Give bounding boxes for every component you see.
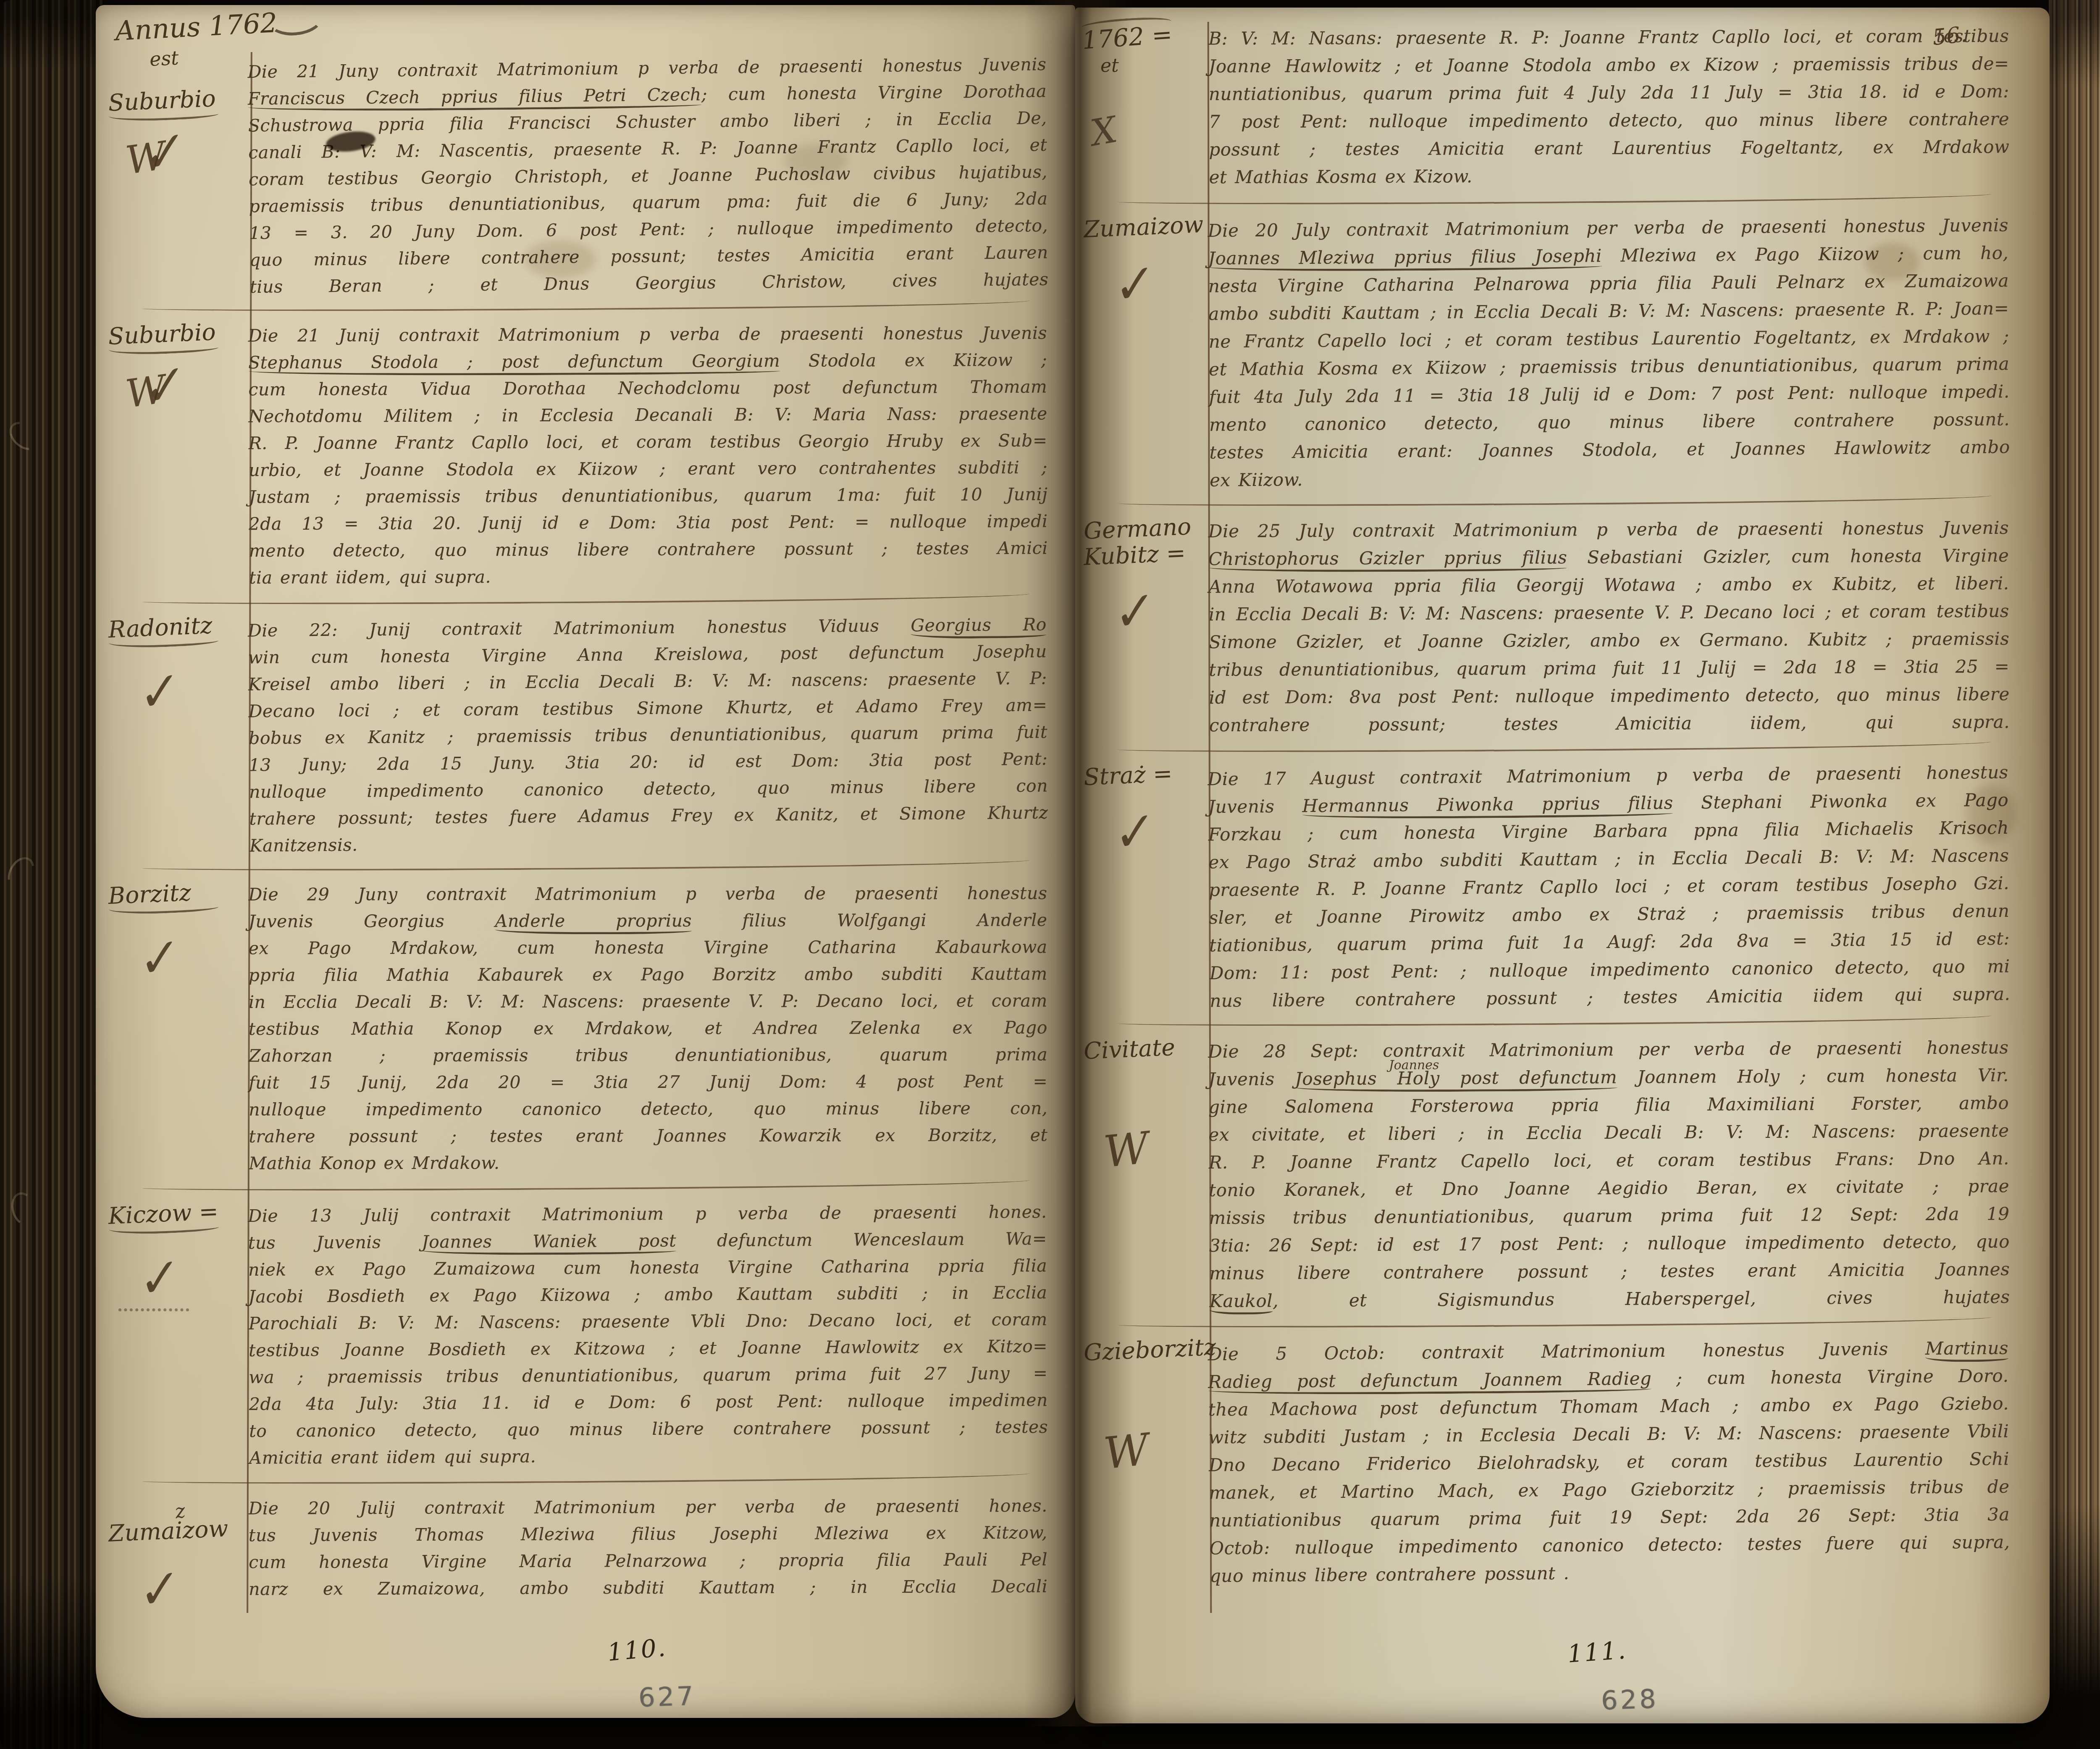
entry-line: Zahorzan ; praemissis tribus denuntiatio… bbox=[249, 1041, 1047, 1069]
text-run: Mleziwa ex Pago Kiizow ; cum ho, bbox=[1602, 242, 2009, 266]
text-run: tribus denuntiationibus, quarum prima fu… bbox=[1209, 656, 2009, 680]
check-mark-icon: ✓ bbox=[139, 1548, 248, 1618]
entry-separator bbox=[1117, 742, 1992, 754]
text-run: niek ex Pago Zumaizowa cum honesta Virgi… bbox=[248, 1255, 1047, 1280]
text-run: praesente R. P. Joanne Frantz Capllo loc… bbox=[1209, 873, 2009, 901]
entry-line: cum honesta Vidua Dorothaa Nechodclomu p… bbox=[248, 373, 1047, 403]
entry-line: Anna Wotawowa ppria filia Georgij Wotawa… bbox=[1208, 570, 2009, 601]
underlined-name: Kaukol bbox=[1209, 1290, 1273, 1315]
left-page-entries: SuburbioW✓Die 21 Juny contraxit Matrimon… bbox=[103, 55, 1047, 1615]
register-entry: GermanoKubitz =✓Die 25 July contraxit Ma… bbox=[1079, 516, 2009, 738]
right-page: 1762 = et 56. XB: V: M: Nasans: praesent… bbox=[1075, 8, 2050, 1723]
entry-line: B: V: M: Nasans: praesente R. P: Joanne … bbox=[1208, 22, 2009, 53]
text-run: ppria filia Mathia Kabaurek ex Pago Borz… bbox=[249, 964, 1047, 985]
text-run: 7 post Pent: nulloque impedimento detect… bbox=[1209, 109, 2009, 132]
register-entry: SuburbioW✓Die 21 Junij contraxit Matrimo… bbox=[103, 321, 1047, 590]
text-run: Justam ; praemissis tribus denuntiationi… bbox=[249, 484, 1047, 507]
text-run: ; cum honesta Virgine Doro. bbox=[1651, 1366, 2008, 1389]
text-run: Octob: nulloque impedimento canonico det… bbox=[1209, 1532, 2010, 1559]
text-run: Dno Decano Friderico Bielohradsky, et co… bbox=[1209, 1449, 2009, 1476]
entry-separator bbox=[142, 301, 1030, 313]
underlined-name: Franciscus Czech pprius filius Petri Cze… bbox=[248, 84, 701, 112]
entry-text: Die 21 Juny contraxit Matrimonium p verb… bbox=[247, 51, 1048, 300]
text-run: Dom: 11: post Pent: ; nulloque impedimen… bbox=[1210, 956, 2010, 984]
text-run: wa ; praemissis tribus denuntiationibus,… bbox=[249, 1363, 1047, 1387]
entry-line: Joanne Hawlowitz ; et Joanne Stodola amb… bbox=[1209, 50, 2009, 81]
register-entry: Straż =✓Die 17 August contraxit Matrimon… bbox=[1079, 762, 2009, 1011]
text-run: tia erant iidem, qui supra. bbox=[249, 567, 491, 588]
left-page: Annus 1762 est SuburbioW✓Die 21 Juny con… bbox=[96, 5, 1075, 1718]
margin-place-label: Kubitz = bbox=[1078, 539, 1209, 570]
text-run: Die 21 Juny contraxit Matrimonium p verb… bbox=[247, 54, 1046, 82]
entry-line: missis tribus denuntiationibus, quarum p… bbox=[1209, 1200, 2009, 1232]
margin-place-label: Zumaizow bbox=[103, 1515, 249, 1547]
entry-text: Die 22: Junij contraxit Matrimonium hone… bbox=[248, 611, 1048, 859]
underlined-name: Radieg post defunctum Joannem Radieg bbox=[1208, 1368, 1651, 1395]
entry-separator bbox=[1117, 1016, 1992, 1028]
entry-margin-cell: SuburbioW✓ bbox=[103, 321, 249, 590]
check-mark-icon: ✓ bbox=[139, 917, 248, 986]
text-run: Nechotdomu Militem ; in Ecclesia Decanal… bbox=[249, 404, 1047, 427]
entry-line: testibus Joanne Bosdieth ex Kitzowa ; et… bbox=[249, 1333, 1047, 1364]
text-run: tus Juvenis bbox=[248, 1232, 422, 1253]
text-run: mento detecto, quo minus libere contrahe… bbox=[249, 538, 1048, 561]
entry-line: 2da 4ta July: 3tia 11. id e Dom: 6 post … bbox=[249, 1387, 1048, 1418]
text-run: witz subditi Justam ; in Ecclesia Decali… bbox=[1208, 1421, 2009, 1448]
underlined-name: Hermannus Piwonka pprius filius bbox=[1302, 793, 1673, 820]
entry-text: Die 25 July contraxit Matrimonium p verb… bbox=[1208, 514, 2010, 739]
margin-place-label: Zumaizow bbox=[1078, 211, 1209, 243]
register-entry: Borzitz✓Die 29 Juny contraxit Matrimoniu… bbox=[103, 880, 1047, 1176]
text-run: Mathia Konop ex Mrdakow. bbox=[249, 1153, 500, 1174]
text-run: nulloque impedimento canonico detecto, q… bbox=[249, 1098, 1047, 1119]
text-run: Die 13 Julij contraxit Matrimonium p ver… bbox=[248, 1202, 1047, 1226]
text-run: id est Dom: 8va post Pent: nulloque impe… bbox=[1209, 684, 2010, 708]
text-run: defunctum Wenceslaum Wa= bbox=[676, 1229, 1047, 1251]
entry-margin-cell: Borzitz✓ bbox=[103, 880, 249, 1176]
entry-separator bbox=[142, 1473, 1030, 1486]
margin-place-label: Suburbio bbox=[102, 318, 249, 356]
entry-separator bbox=[1117, 496, 1992, 508]
entry-line: testibus Mathia Konop ex Mrdakow, et And… bbox=[249, 1014, 1047, 1042]
entry-line: ex Kiizow. bbox=[1210, 461, 2010, 494]
entry-line: nuntiationibus, quarum prima fuit 4 July… bbox=[1209, 78, 2009, 108]
text-run: fuit 4ta July 2da 11 = 3tia 18 Julij id … bbox=[1209, 381, 2010, 407]
entry-line: narz ex Zumaizowa, ambo subditi Kauttam … bbox=[249, 1573, 1047, 1603]
entry-text: Die 21 Junij contraxit Matrimonium p ver… bbox=[248, 320, 1048, 591]
paper-stain bbox=[785, 144, 848, 177]
margin-place-label: Civitate bbox=[1078, 1033, 1209, 1064]
entry-margin-cell: Kiczow =✓ bbox=[103, 1200, 249, 1469]
text-run: nuntiationibus, quarum prima fuit 4 July… bbox=[1209, 81, 2009, 105]
text-run: Decano loci ; et coram testibus Simone K… bbox=[248, 695, 1047, 722]
w-mark-icon: W bbox=[1102, 1421, 1211, 1476]
entry-line: tonio Koranek, et Dno Joanne Aegidio Ber… bbox=[1209, 1172, 2009, 1204]
page-number-pencil: 628 bbox=[1601, 1683, 1659, 1716]
entry-margin-cell: X bbox=[1079, 24, 1209, 190]
entry-text: Die 28 Sept: contraxit Matrimonium per v… bbox=[1208, 1034, 2010, 1315]
entry-margin-cell: Radonitz✓ bbox=[103, 614, 249, 856]
entry-line: ppria filia Mathia Kabaurek ex Pago Borz… bbox=[249, 960, 1047, 988]
text-run: minus libere contrahere possunt ; testes… bbox=[1209, 1259, 2010, 1284]
entry-line: tus Juvenis Thomas Mleziwa filius Joseph… bbox=[249, 1519, 1047, 1549]
text-run: Kreisel ambo liberi ; in Ecclia Decali B… bbox=[248, 668, 1047, 695]
entry-line: Die 20 Julij contraxit Matrimonium per v… bbox=[249, 1492, 1047, 1522]
margin-flourish: X bbox=[1087, 92, 1211, 154]
text-run: Parochiali B: V: M: Nascens: praesente V… bbox=[249, 1309, 1047, 1334]
text-run: mento canonico detecto, quo minus libere… bbox=[1209, 409, 2010, 435]
text-run: cum honesta Virgine Maria Pelnarzowa ; p… bbox=[249, 1549, 1047, 1573]
text-run: Die 28 Sept: contraxit Matrimonium per v… bbox=[1208, 1037, 2008, 1062]
text-run: filius Wolfgangi Anderle bbox=[692, 910, 1047, 930]
underlined-name: Christophorus Gzizler pprius filius bbox=[1208, 547, 1567, 572]
entry-line: tus Juvenis Joannes Waniek post defunctu… bbox=[248, 1225, 1047, 1256]
text-run: nus libere contrahere possunt ; testes A… bbox=[1210, 984, 2010, 1011]
register-entry: CivitateWDie 28 Sept: contraxit Matrimon… bbox=[1079, 1036, 2009, 1313]
entry-line: contrahere possunt; testes Amicitia iide… bbox=[1209, 708, 2010, 739]
text-run: Kanitzensis. bbox=[249, 835, 358, 856]
text-run: R. P. Joanne Frantz Capllo loci, et cora… bbox=[249, 431, 1047, 454]
text-run: Die 5 Octob: contraxit Matrimonium hones… bbox=[1208, 1338, 1925, 1364]
register-entry: GzieborzitzWDie 5 Octob: contraxit Matri… bbox=[1079, 1337, 2009, 1587]
text-run: nulloque impedimento canonico detecto, q… bbox=[249, 776, 1048, 802]
entry-line: in Ecclia Decali B: V: M: Nascens: praes… bbox=[249, 987, 1047, 1015]
entry-line: testes Amicitia erant: Joannes Stodola, … bbox=[1209, 433, 2010, 466]
entry-line: Justam ; praemissis tribus denuntiationi… bbox=[249, 481, 1047, 511]
entry-separator bbox=[142, 594, 1030, 606]
entry-line: cum honesta Virgine Maria Pelnarzowa ; p… bbox=[249, 1546, 1047, 1576]
margin-place-label: Kiczow = bbox=[102, 1197, 249, 1236]
entry-text: B: V: M: Nasans: praesente R. P: Joanne … bbox=[1208, 22, 2009, 192]
entry-line: quo minus libere contrahere possunt . bbox=[1210, 1556, 2010, 1590]
text-run: Juvenis Georgius bbox=[249, 911, 495, 932]
underlined-name: Stephanus Stodola ; post defunctum Georg… bbox=[248, 351, 780, 376]
entry-margin-cell: SuburbioW✓ bbox=[103, 55, 249, 297]
entry-line: Nechotdomu Militem ; in Ecclesia Decanal… bbox=[249, 400, 1047, 430]
text-run: to canonico detecto, quo minus libere co… bbox=[249, 1417, 1048, 1441]
margin-place-label: Radonitz bbox=[102, 611, 249, 649]
entry-line: in Ecclia Decali B: V: M: Nascens: praes… bbox=[1209, 597, 2009, 628]
entry-line: minus libere contrahere possunt ; testes… bbox=[1209, 1255, 2010, 1287]
text-run: Sebastiani Gzizler, cum honesta Virgine bbox=[1567, 545, 2009, 568]
register-entry: Kiczow =✓Die 13 Julij contraxit Matrimon… bbox=[103, 1200, 1047, 1469]
text-run: testibus Mathia Konop ex Mrdakow, et And… bbox=[249, 1017, 1047, 1039]
year-heading-main: Annus 1762 bbox=[115, 8, 278, 47]
text-run: missis tribus denuntiationibus, quarum p… bbox=[1209, 1203, 2009, 1228]
fore-edge-pages bbox=[2049, 0, 2100, 1749]
entry-line: mento detecto, quo minus libere contrahe… bbox=[249, 535, 1048, 565]
text-run: Amicitia erant iidem qui supra. bbox=[249, 1446, 536, 1468]
entry-line: Stephanus Stodola ; post defunctum Georg… bbox=[248, 347, 1047, 376]
paper-stain bbox=[1966, 785, 2016, 843]
entry-line: Die 21 Junij contraxit Matrimonium p ver… bbox=[248, 320, 1047, 349]
check-stroke: ✓ bbox=[145, 356, 186, 416]
text-run: tius Beran ; et Dnus Georgius Christow, … bbox=[249, 269, 1048, 297]
page-number-pencil: 627 bbox=[638, 1681, 696, 1713]
text-run: ex Kiizow. bbox=[1210, 469, 1303, 491]
entry-line: gine Salomena Forsterowa ppria filia Max… bbox=[1208, 1089, 2009, 1121]
page-number-ink: 110. bbox=[606, 1633, 668, 1667]
entry-text: Die 17 August contraxit Matrimonium p ve… bbox=[1207, 759, 2010, 1015]
text-run: 2da 13 = 3tia 20. Junij id e Dom: 3tia p… bbox=[249, 511, 1047, 534]
entry-line: niek ex Pago Zumaizowa cum honesta Virgi… bbox=[248, 1252, 1047, 1283]
check-mark-icon: ✓ bbox=[1115, 793, 1208, 860]
text-run: ; cum honesta Virgine Dorothaa bbox=[701, 81, 1047, 105]
entry-line: id est Dom: 8va post Pent: nulloque impe… bbox=[1209, 680, 2010, 712]
margin-place-label: Gzieborzitz bbox=[1078, 1334, 1209, 1366]
text-run: gine Salomena Forsterowa ppria filia Max… bbox=[1208, 1092, 2009, 1117]
text-run: testes Amicitia erant: Joannes Stodola, … bbox=[1209, 436, 2010, 462]
entry-line: Kaukol, et Sigismundus Haberspergel, civ… bbox=[1209, 1283, 2010, 1315]
underlined-name: Anderle proprius bbox=[495, 911, 692, 935]
text-run: et Mathia Kosma ex Kiizow ; praemissis t… bbox=[1209, 353, 2009, 379]
entry-line: Amicitia erant iidem qui supra. bbox=[249, 1440, 1048, 1471]
text-run: possunt ; testes Amicitia erant Laurenti… bbox=[1209, 137, 2009, 160]
text-run: ex Pago Mrdakow, cum honesta Virgine Cat… bbox=[249, 937, 1047, 958]
underlined-name: Josephus Holy post defunctum bbox=[1295, 1067, 1617, 1092]
entry-margin-cell: GzieborzitzW bbox=[1079, 1337, 1209, 1587]
text-run: Die 25 July contraxit Matrimonium p verb… bbox=[1208, 517, 2009, 541]
text-run: 13 Juny; 2da 15 Juny. 3tia 20: id est Do… bbox=[249, 749, 1047, 775]
text-run: et Mathias Kosma ex Kizow. bbox=[1209, 166, 1472, 187]
entry-line: Jacobi Bosdieth ex Pago Kiizowa ; ambo K… bbox=[248, 1279, 1047, 1310]
entry-margin-cell: GermanoKubitz =✓ bbox=[1079, 516, 1209, 738]
register-entry: Radonitz✓Die 22: Junij contraxit Matrimo… bbox=[103, 614, 1047, 856]
text-run: contrahere possunt; testes Amicitia iide… bbox=[1209, 712, 2010, 735]
entry-margin-cell: Zumaizow✓ bbox=[1079, 214, 1209, 491]
entry-margin-cell: Straż =✓ bbox=[1079, 762, 1209, 1011]
text-run: Joannem Holy ; cum honesta Vir. bbox=[1617, 1065, 2009, 1087]
text-run: Simone Gzizler, et Joanne Gzizler, ambo … bbox=[1209, 628, 2009, 652]
text-run: Stephani Piwonka ex Pago bbox=[1673, 790, 2009, 813]
text-run: Joanne Hawlowitz ; et Joanne Stodola amb… bbox=[1209, 53, 2009, 77]
check-mark-icon: W✓ bbox=[126, 366, 249, 420]
margin-label-underline: Borzitz bbox=[108, 879, 218, 916]
entry-line: wa ; praemissis tribus denuntiationibus,… bbox=[249, 1360, 1047, 1391]
check-mark-icon: ✓ bbox=[1115, 246, 1208, 313]
underlined-name: Martinus bbox=[1925, 1338, 2009, 1363]
text-run: Stodola ex Kiizow ; bbox=[780, 350, 1047, 371]
text-run: coram testibus Georgio Christoph, et Joa… bbox=[249, 162, 1047, 189]
margin-label-underline: Kiczow = bbox=[108, 1199, 219, 1236]
text-run: in Ecclia Decali B: V: M: Nascens: praes… bbox=[1209, 601, 2009, 625]
entry-line: Christophorus Gzizler pprius filius Seba… bbox=[1208, 542, 2009, 573]
entry-line: nulloque impedimento canonico detecto, q… bbox=[249, 1095, 1047, 1123]
w-mark-icon: W bbox=[1102, 1119, 1211, 1174]
text-run: Die 20 Julij contraxit Matrimonium per v… bbox=[249, 1496, 1047, 1519]
entry-separator bbox=[142, 1180, 1030, 1192]
underlined-name: Georgius Ro bbox=[911, 615, 1047, 639]
check-mark-icon: W✓ bbox=[126, 132, 249, 187]
text-run: Die 20 July contraxit Matrimonium per ve… bbox=[1208, 215, 2008, 241]
text-run: , et Sigismundus Haberspergel, cives huj… bbox=[1273, 1287, 2010, 1311]
text-run: Juvenis bbox=[1208, 796, 1302, 817]
text-run: fuit 15 Junij, 2da 20 = 3tia 27 Junij Do… bbox=[249, 1071, 1047, 1092]
register-entry: zZumaizow✓Die 20 Julij contraxit Matrimo… bbox=[103, 1494, 1047, 1608]
entry-line: Die 29 Juny contraxit Matrimonium p verb… bbox=[248, 880, 1047, 908]
text-run: quo minus libere contrahere possunt . bbox=[1210, 1563, 1570, 1586]
entry-separator bbox=[142, 860, 1030, 872]
text-run: praemissis tribus denuntiationibus, quar… bbox=[249, 189, 1047, 216]
text-run: Die 17 August contraxit Matrimonium p ve… bbox=[1208, 762, 2008, 790]
entry-text: Die 29 Juny contraxit Matrimonium p verb… bbox=[248, 880, 1047, 1177]
margin-label-underline: Radonitz bbox=[108, 612, 218, 649]
text-run: Die 21 Junij contraxit Matrimonium p ver… bbox=[248, 323, 1047, 346]
entry-line: 3tia: 26 Sept: id est 17 post Pent: ; nu… bbox=[1209, 1228, 2010, 1260]
entry-margin-cell: zZumaizow✓ bbox=[103, 1494, 249, 1608]
text-run: B: V: M: Nasans: praesente R. P: Joanne … bbox=[1208, 26, 2009, 49]
text-run: Jacobi Bosdieth ex Pago Kiizowa ; ambo K… bbox=[248, 1282, 1047, 1307]
text-run: cum honesta Vidua Dorothaa Nechodclomu p… bbox=[248, 377, 1047, 400]
entry-line: ex civitate, et liberi ; in Ecclia Decal… bbox=[1208, 1117, 2009, 1149]
entry-line: Die 25 July contraxit Matrimonium p verb… bbox=[1208, 514, 2009, 545]
entry-line: 2da 13 = 3tia 20. Junij id e Dom: 3tia p… bbox=[249, 508, 1047, 538]
text-run: trahere possunt ; testes erant Joannes K… bbox=[249, 1125, 1047, 1146]
text-run: ex civitate, et liberi ; in Ecclia Decal… bbox=[1208, 1120, 2009, 1145]
entry-line: to canonico detecto, quo minus libere co… bbox=[249, 1413, 1048, 1444]
paper-stain bbox=[524, 240, 596, 278]
text-run: ne Frantz Capello loci ; et coram testib… bbox=[1209, 326, 2009, 352]
check-mark-icon: ✓ bbox=[139, 1237, 248, 1306]
entry-separator bbox=[1117, 194, 1992, 206]
text-run: bobus ex Kanitz ; praemissis tribus denu… bbox=[249, 722, 1047, 748]
entry-line: ex Pago Mrdakow, cum honesta Virgine Cat… bbox=[249, 933, 1047, 961]
text-run: tiationibus, quarum prima fuit 1a Augf: … bbox=[1209, 928, 2010, 956]
check-stroke: ✓ bbox=[145, 122, 186, 183]
margin-label-underline: Suburbio bbox=[108, 86, 218, 123]
underlined-name: Joannes Mleziwa pprius filius Josephi bbox=[1208, 245, 1602, 272]
text-run: Schustrowa ppria filia Francisci Schuste… bbox=[248, 108, 1047, 136]
text-run: R. P. Joanne Frantz Capello loci, et cor… bbox=[1209, 1148, 2009, 1173]
entry-margin-cell: CivitateW bbox=[1079, 1036, 1209, 1313]
text-run: quo minus libere contrahere possunt; tes… bbox=[249, 242, 1048, 270]
entry-text: Die 5 Octob: contraxit Matrimonium hones… bbox=[1208, 1334, 2011, 1590]
entry-line: fuit 15 Junij, 2da 20 = 3tia 27 Junij Do… bbox=[249, 1068, 1047, 1096]
margin-place-label: Straż = bbox=[1078, 759, 1209, 790]
text-run: urbio, et Joanne Stodola ex Kiizow ; era… bbox=[249, 457, 1047, 481]
entry-line: Parochiali B: V: M: Nascens: praesente V… bbox=[249, 1306, 1047, 1337]
margin-label-underline: Suburbio bbox=[108, 319, 218, 356]
entry-line: R. P. Joanne Frantz Capello loci, et cor… bbox=[1209, 1145, 2009, 1177]
entry-separator bbox=[1117, 1317, 1992, 1329]
entry-line: Juvenis Josephus Holy post defunctum Joa… bbox=[1208, 1061, 2009, 1093]
text-run: Juvenis bbox=[1208, 1069, 1295, 1090]
text-run: Zahorzan ; praemissis tribus denuntiatio… bbox=[249, 1044, 1047, 1066]
dotted-mark bbox=[118, 1308, 189, 1311]
entry-line: Die 13 Julij contraxit Matrimonium p ver… bbox=[248, 1198, 1047, 1229]
text-run: tonio Koranek, et Dno Joanne Aegidio Ber… bbox=[1209, 1176, 2009, 1200]
entry-line: Die 28 Sept: contraxit Matrimonium per v… bbox=[1208, 1034, 2008, 1066]
text-run: trahere possunt; testes fuere Adamus Fre… bbox=[249, 803, 1048, 829]
text-run: nuntiationibus quarum prima fuit 19 Sept… bbox=[1209, 1504, 2010, 1531]
entry-line: Mathia Konop ex Mrdakow. bbox=[249, 1148, 1048, 1177]
entry-line: Simone Gzizler, et Joanne Gzizler, ambo … bbox=[1209, 625, 2009, 656]
register-entry: XB: V: M: Nasans: praesente R. P: Joanne… bbox=[1079, 24, 2009, 190]
text-run: Forzkau ; cum honesta Virgine Barbara pp… bbox=[1208, 817, 2009, 845]
text-run: in Ecclia Decali B: V: M: Nascens: praes… bbox=[249, 990, 1047, 1012]
entry-line: trahere possunt ; testes erant Joannes K… bbox=[249, 1121, 1047, 1150]
text-run: 3tia: 26 Sept: id est 17 post Pent: ; nu… bbox=[1209, 1231, 2010, 1256]
entry-line: Juvenis Georgius Anderle proprius filius… bbox=[248, 906, 1047, 935]
text-run: sler, et Joanne Pirowitz ambo ex Straż ;… bbox=[1209, 901, 2009, 928]
paper-stain bbox=[1865, 243, 1919, 281]
entry-line: possunt ; testes Amicitia erant Laurenti… bbox=[1209, 133, 2009, 164]
text-run: thea Machowa post defunctum Thomam Mach … bbox=[1208, 1393, 2009, 1420]
text-run: narz ex Zumaizowa, ambo subditi Kauttam … bbox=[249, 1576, 1047, 1599]
text-run: manek, et Martino Mach, ex Pago Gzieborz… bbox=[1209, 1476, 2009, 1503]
margin-place-label: Borzitz bbox=[102, 877, 249, 916]
page-number-ink: 111. bbox=[1567, 1636, 1628, 1668]
parish-register-book: Annus 1762 est SuburbioW✓Die 21 Juny con… bbox=[0, 0, 2100, 1749]
text-run: Anna Wotawowa ppria filia Georgij Wotawa… bbox=[1208, 573, 2009, 597]
entry-line: tia erant iidem, qui supra. bbox=[249, 562, 1048, 591]
text-run: Die 22: Junij contraxit Matrimonium hone… bbox=[248, 615, 911, 641]
text-run: 2da 4ta July: 3tia 11. id e Dom: 6 post … bbox=[249, 1390, 1048, 1414]
entry-line: tribus denuntiationibus, quarum prima fu… bbox=[1209, 653, 2009, 684]
text-run: Die 29 Juny contraxit Matrimonium p verb… bbox=[248, 883, 1047, 904]
text-run: ex Pago Straż ambo subditi Kauttam ; in … bbox=[1208, 845, 2009, 873]
margin-place-label: Suburbio bbox=[102, 84, 249, 123]
entry-line: 7 post Pent: nulloque impedimento detect… bbox=[1209, 105, 2009, 136]
entry-line: et Mathias Kosma ex Kizow. bbox=[1209, 161, 2009, 192]
entry-line: urbio, et Joanne Stodola ex Kiizow ; era… bbox=[249, 454, 1047, 484]
check-mark-icon: ✓ bbox=[139, 651, 248, 720]
text-run: ambo subditi Kauttam ; in Ecclia Decali … bbox=[1208, 298, 2009, 324]
text-run: 13 = 3. 20 Juny Dom. 6 post Pent: ; null… bbox=[249, 215, 1048, 243]
underlined-name: Joannes Waniek post bbox=[422, 1231, 676, 1255]
check-mark-icon: ✓ bbox=[1115, 573, 1208, 640]
text-run: testibus Joanne Bosdieth ex Kitzowa ; et… bbox=[249, 1336, 1047, 1360]
entry-text: Die 20 Julij contraxit Matrimonium per v… bbox=[249, 1492, 1048, 1609]
entry-text: Die 13 Julij contraxit Matrimonium p ver… bbox=[248, 1198, 1048, 1471]
text-run: win cum honesta Virgine Anna Kreislowa, … bbox=[248, 641, 1047, 668]
text-run: tus Juvenis Thomas Mleziwa filius Joseph… bbox=[249, 1523, 1047, 1546]
entry-line: R. P. Joanne Frantz Capllo loci, et cora… bbox=[249, 427, 1047, 457]
